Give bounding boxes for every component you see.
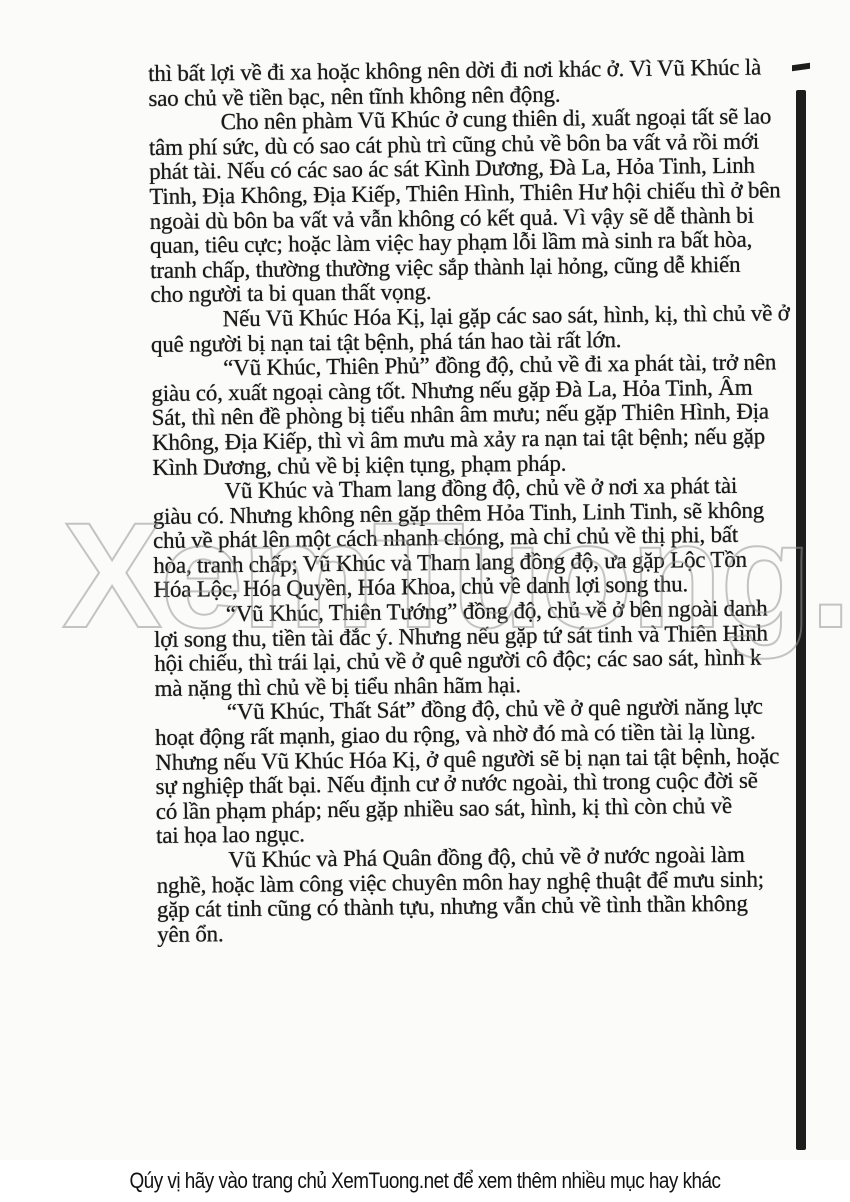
page-edge-mark xyxy=(792,63,810,72)
paragraph: “Vũ Khúc, Thiên Phủ” đồng độ, chủ về đi … xyxy=(151,350,794,480)
paragraph: “Vũ Khúc, Thất Sát” đồng độ, chủ về ở qu… xyxy=(155,695,799,849)
paragraph: Cho nên phàm Vũ Khúc ở cung thiên di, xu… xyxy=(149,104,793,307)
book-text-body: thì bất lợi về đi xa hoặc không nên dời … xyxy=(148,55,799,947)
paragraph: Nếu Vũ Khúc Hóa Kị, lại gặp các sao sát,… xyxy=(151,301,793,357)
paragraph: thì bất lợi về đi xa hoặc không nên dời … xyxy=(148,55,790,111)
paragraph: Vũ Khúc và Tham lang đồng độ, chủ về ở n… xyxy=(152,473,795,603)
footer-promo-text: Qúy vị hãy vào trang chủ XemTuong.net để… xyxy=(60,1160,791,1202)
book-spine-shadow xyxy=(796,90,806,1150)
scanned-book-page: thì bất lợi về đi xa hoặc không nên dời … xyxy=(0,0,850,1160)
paragraph: Vũ Khúc và Phá Quân đồng độ, chủ về ở nư… xyxy=(156,842,799,947)
paragraph: “Vũ Khúc, Thiên Tướng” đồng độ, chủ về ở… xyxy=(154,596,797,701)
